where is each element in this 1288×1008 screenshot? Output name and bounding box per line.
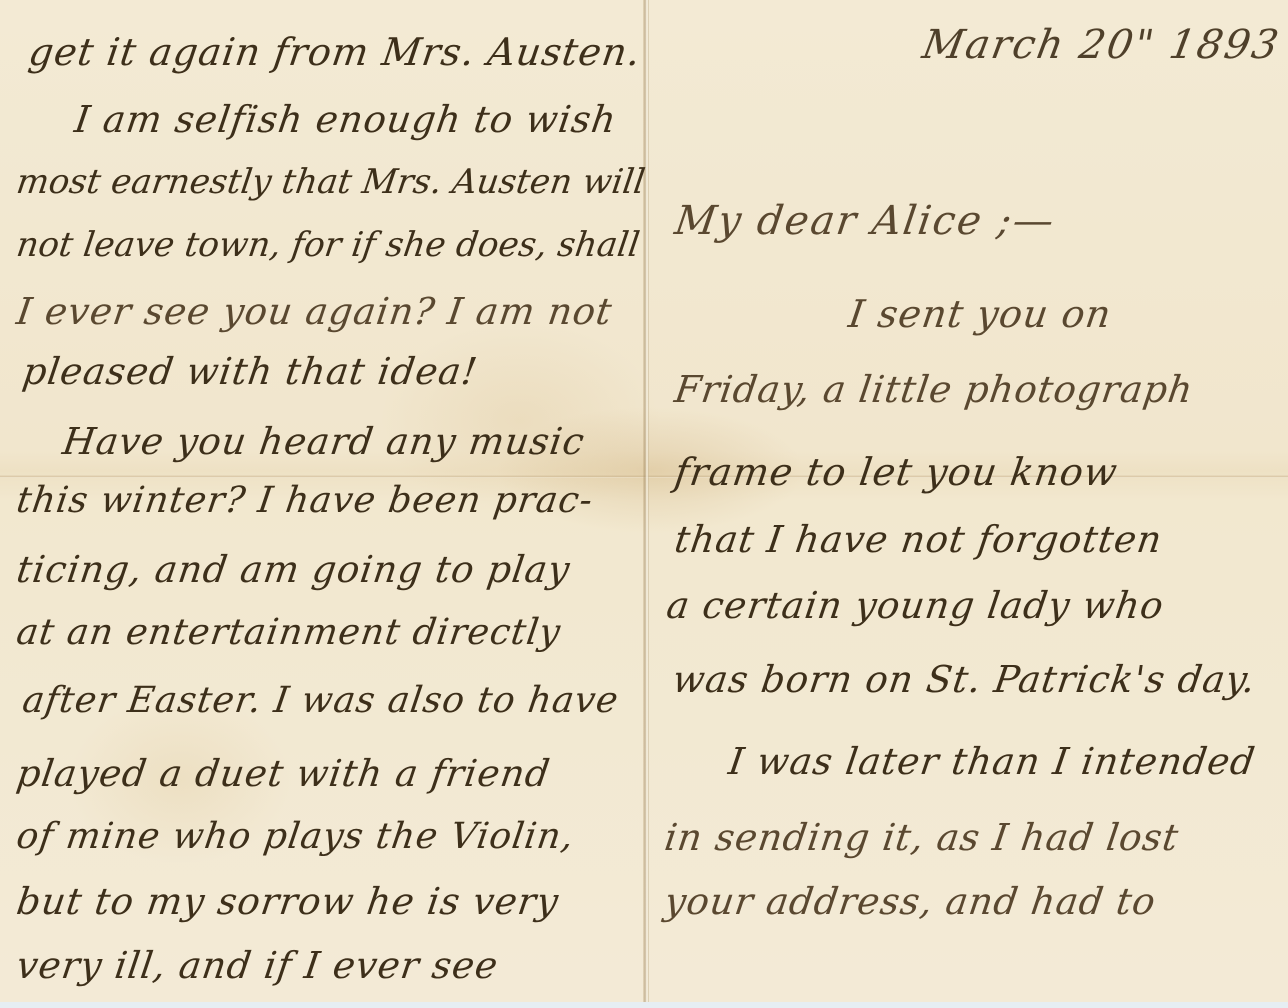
letter-salutation: My dear Alice ;— [672, 198, 1058, 244]
letter-line: at an entertainment directly [14, 612, 563, 653]
letter-line: Friday, a little photograph [672, 368, 1196, 411]
letter-line: get it again from Mrs. Austen. [26, 30, 644, 74]
letter-line: pleased with that idea! [20, 350, 481, 393]
letter-line: very ill, and if I ever see [14, 944, 501, 987]
letter-line: of mine who plays the Violin, [14, 816, 577, 857]
letter-line: after Easter. I was also to have [20, 680, 621, 721]
letter-sheet: get it again from Mrs. Austen. I am self… [0, 0, 1288, 1002]
letter-line: I sent you on [846, 292, 1114, 336]
letter-line: frame to let you know [672, 450, 1121, 494]
letter-line: most earnestly that Mrs. Austen will [14, 162, 647, 202]
letter-line: a certain young lady who [664, 584, 1167, 627]
letter-line: not leave town, for if she does, shall [14, 225, 642, 265]
letter-line: in sending it, as I had lost [662, 816, 1182, 859]
letter-line: your address, and had to [662, 880, 1159, 923]
left-page: get it again from Mrs. Austen. I am self… [0, 0, 640, 1002]
scan-background-edge [0, 1002, 1288, 1008]
letter-line: this winter? I have been prac- [14, 480, 596, 521]
letter-date: March 20" 1893 [919, 22, 1284, 68]
letter-line: but to my sorrow he is very [14, 880, 562, 923]
letter-line: Have you heard any music [60, 420, 588, 463]
letter-line: I was later than I intended [726, 740, 1258, 783]
letter-line: played a duet with a friend [14, 752, 553, 795]
center-fold-seam [643, 0, 649, 1002]
letter-line: ticing, and am going to play [14, 548, 573, 591]
right-page: March 20" 1893 My dear Alice ;— I sent y… [650, 0, 1288, 1002]
letter-line: was born on St. Patrick's day. [670, 658, 1259, 701]
letter-line: I ever see you again? I am not [14, 290, 615, 333]
letter-line: I am selfish enough to wish [72, 98, 619, 141]
letter-line: that I have not forgotten [672, 518, 1165, 561]
